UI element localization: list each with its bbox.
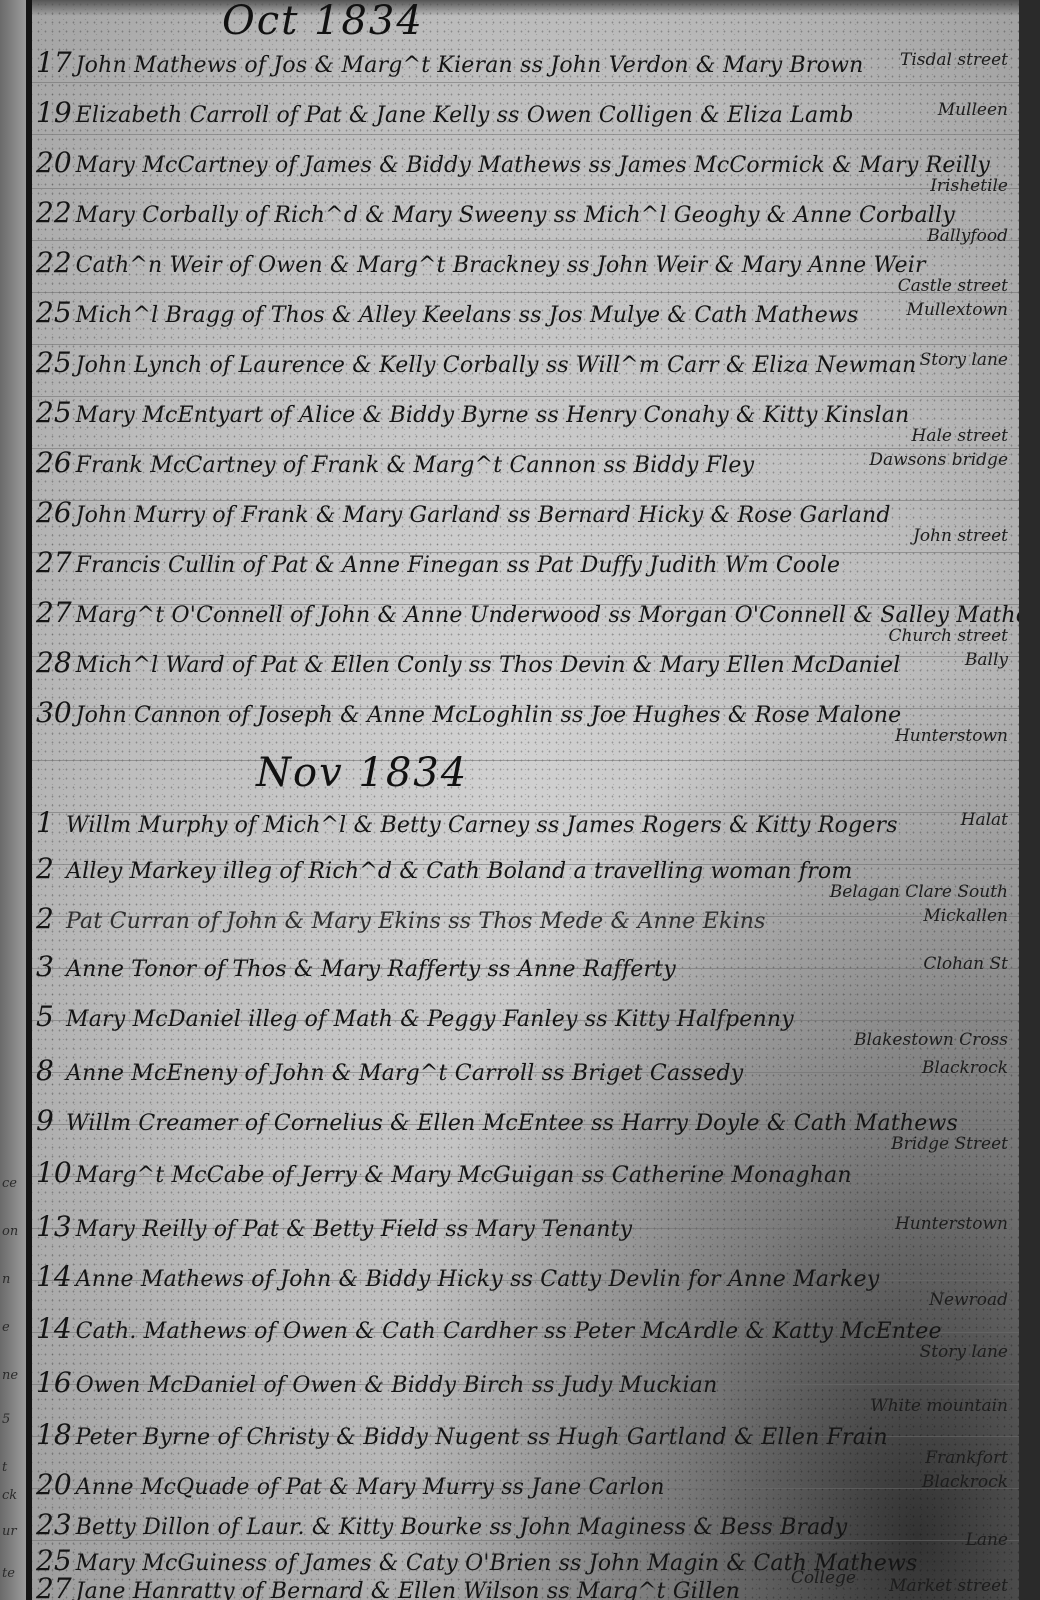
entry-day: 23 bbox=[36, 1508, 72, 1541]
entry-day: 10 bbox=[36, 1156, 72, 1189]
entry-residence: Blackrock bbox=[922, 1472, 1008, 1492]
margin-note: e bbox=[2, 1320, 26, 1335]
entry-day: 18 bbox=[36, 1418, 72, 1451]
register-entry: 1Willm Murphy of Mich^l & Betty Carney s… bbox=[36, 806, 1016, 839]
entry-day: 27 bbox=[36, 596, 72, 629]
page-top-shadow bbox=[0, 0, 1019, 16]
entry-residence: Market street bbox=[889, 1576, 1008, 1596]
entry-text: Frank McCartney of Frank & Marg^t Cannon… bbox=[76, 453, 755, 478]
entry-text: Francis Cullin of Pat & Anne Finegan ss … bbox=[76, 553, 841, 578]
entry-residence: Tisdal street bbox=[900, 50, 1008, 70]
margin-note: ur bbox=[2, 1524, 26, 1539]
entry-residence: Irishetile bbox=[930, 176, 1008, 196]
entry-residence: Castle street bbox=[898, 276, 1008, 296]
margin-note: 5 bbox=[2, 1412, 26, 1427]
entry-residence: Mickallen bbox=[923, 906, 1008, 926]
register-entry: 20Anne McQuade of Pat & Mary Murry ss Ja… bbox=[36, 1468, 1016, 1501]
entry-residence: Blackrock bbox=[922, 1058, 1008, 1078]
entry-day: 26 bbox=[36, 446, 72, 479]
entry-residence: Mulleen bbox=[938, 100, 1008, 120]
register-entry: 22Mary Corbally of Rich^d & Mary Sweeny … bbox=[36, 196, 1016, 229]
entry-text: Jane Hanratty of Bernard & Ellen Wilson … bbox=[76, 1579, 740, 1600]
entry-text: Peter Byrne of Christy & Biddy Nugent ss… bbox=[76, 1425, 888, 1450]
entry-day: 5 bbox=[36, 1000, 62, 1033]
margin-note: ce bbox=[2, 1176, 26, 1191]
entry-residence: Bridge Street bbox=[891, 1134, 1008, 1154]
entry-text: John Lynch of Laurence & Kelly Corbally … bbox=[76, 353, 917, 378]
entry-text: Mary McCartney of James & Biddy Mathews … bbox=[76, 153, 990, 178]
register-entry: 27Francis Cullin of Pat & Anne Finegan s… bbox=[36, 546, 1016, 579]
register-entry: 8Anne McEneny of John & Marg^t Carroll s… bbox=[36, 1054, 1016, 1087]
entry-text: Marg^t O'Connell of John & Anne Underwoo… bbox=[76, 603, 1019, 628]
entry-day: 14 bbox=[36, 1312, 72, 1345]
register-entry: 25John Lynch of Laurence & Kelly Corball… bbox=[36, 346, 1016, 379]
ruled-line bbox=[32, 344, 1019, 345]
entry-day: 27 bbox=[36, 1572, 72, 1600]
margin-note: ne bbox=[2, 1368, 26, 1383]
entry-text: Anne McQuade of Pat & Mary Murry ss Jane… bbox=[76, 1475, 665, 1500]
register-entry: 2Pat Curran of John & Mary Ekins ss Thos… bbox=[36, 902, 1016, 935]
entry-residence: Hunterstown bbox=[895, 726, 1008, 746]
register-entry: 19Elizabeth Carroll of Pat & Jane Kelly … bbox=[36, 96, 1016, 129]
entry-day: 25 bbox=[36, 346, 72, 379]
entry-residence: Mullextown bbox=[907, 300, 1008, 320]
register-entry: 14Cath. Mathews of Owen & Cath Cardher s… bbox=[36, 1312, 1016, 1345]
entry-day: 30 bbox=[36, 696, 72, 729]
entry-residence: Halat bbox=[961, 810, 1008, 830]
entry-residence: White mountain bbox=[870, 1396, 1008, 1416]
ruled-line bbox=[32, 760, 1019, 761]
entry-day: 17 bbox=[36, 46, 72, 79]
entry-text: Willm Creamer of Cornelius & Ellen McEnt… bbox=[66, 1111, 958, 1136]
register-entry: 2Alley Markey illeg of Rich^d & Cath Bol… bbox=[36, 852, 1016, 885]
entry-day: 25 bbox=[36, 296, 72, 329]
entry-day: 19 bbox=[36, 96, 72, 129]
entry-text: Mich^l Ward of Pat & Ellen Conly ss Thos… bbox=[76, 653, 901, 678]
register-entry: 26John Murry of Frank & Mary Garland ss … bbox=[36, 496, 1016, 529]
entry-day: 2 bbox=[36, 852, 62, 885]
entry-day: 8 bbox=[36, 1054, 62, 1087]
entry-day: 16 bbox=[36, 1366, 72, 1399]
entry-text: Cath^n Weir of Owen & Marg^t Brackney ss… bbox=[76, 253, 926, 278]
entry-text: Cath. Mathews of Owen & Cath Cardher ss … bbox=[76, 1319, 942, 1344]
entry-text: Anne Tonor of Thos & Mary Rafferty ss An… bbox=[66, 957, 676, 982]
register-entry: 5Mary McDaniel illeg of Math & Peggy Fan… bbox=[36, 1000, 1016, 1033]
entry-text: Anne McEneny of John & Marg^t Carroll ss… bbox=[66, 1061, 743, 1086]
entry-residence: Frankfort bbox=[925, 1448, 1008, 1468]
register-entry: 10Marg^t McCabe of Jerry & Mary McGuigan… bbox=[36, 1156, 1016, 1189]
entry-residence: Ballyfood bbox=[927, 226, 1008, 246]
entry-day: 25 bbox=[36, 396, 72, 429]
register-entry: 18Peter Byrne of Christy & Biddy Nugent … bbox=[36, 1418, 1016, 1451]
entry-text: John Mathews of Jos & Marg^t Kieran ss J… bbox=[76, 53, 864, 78]
register-entry: 17John Mathews of Jos & Marg^t Kieran ss… bbox=[36, 46, 1016, 79]
margin-note: on bbox=[2, 1224, 26, 1239]
entry-text: Willm Murphy of Mich^l & Betty Carney ss… bbox=[66, 813, 898, 838]
margin-note: t bbox=[2, 1460, 26, 1475]
entry-text: John Murry of Frank & Mary Garland ss Be… bbox=[76, 503, 891, 528]
entry-day: 13 bbox=[36, 1210, 72, 1243]
entry-residence: Story lane bbox=[920, 350, 1008, 370]
ruled-line bbox=[32, 188, 1019, 189]
entry-residence: Hale street bbox=[912, 426, 1009, 446]
entry-day: 27 bbox=[36, 546, 72, 579]
entry-day: 2 bbox=[36, 902, 62, 935]
entry-text: Pat Curran of John & Mary Ekins ss Thos … bbox=[66, 909, 766, 934]
register-entry: 23Betty Dillon of Laur. & Kitty Bourke s… bbox=[36, 1508, 1016, 1541]
register-entry: 28Mich^l Ward of Pat & Ellen Conly ss Th… bbox=[36, 646, 1016, 679]
entry-text: Mary Corbally of Rich^d & Mary Sweeny ss… bbox=[76, 203, 955, 228]
entry-text: Owen McDaniel of Owen & Biddy Birch ss J… bbox=[76, 1373, 718, 1398]
entry-text: John Cannon of Joseph & Anne McLoghlin s… bbox=[76, 703, 902, 728]
entry-day: 20 bbox=[36, 1468, 72, 1501]
register-entry: 9Willm Creamer of Cornelius & Ellen McEn… bbox=[36, 1104, 1016, 1137]
entry-text: Mich^l Bragg of Thos & Alley Keelans ss … bbox=[76, 303, 859, 328]
register-entry: 3Anne Tonor of Thos & Mary Rafferty ss A… bbox=[36, 950, 1016, 983]
entry-day: 14 bbox=[36, 1260, 72, 1293]
register-entry: 26Frank McCartney of Frank & Marg^t Cann… bbox=[36, 446, 1016, 479]
entry-text: Marg^t McCabe of Jerry & Mary McGuigan s… bbox=[76, 1163, 852, 1188]
entry-residence: Blakestown Cross bbox=[854, 1030, 1008, 1050]
entry-text: Anne Mathews of John & Biddy Hicky ss Ca… bbox=[76, 1267, 880, 1292]
left-margin-facing-page: ce on n e ne 5 t ck ur te bbox=[0, 0, 26, 1600]
register-entry: 20Mary McCartney of James & Biddy Mathew… bbox=[36, 146, 1016, 179]
entry-day: 22 bbox=[36, 246, 72, 279]
margin-note: n bbox=[2, 1272, 26, 1287]
entry-residence: Clohan St bbox=[923, 954, 1008, 974]
entry-residence: Hunterstown bbox=[895, 1214, 1008, 1234]
margin-note: te bbox=[2, 1566, 26, 1581]
entry-text: Mary McDaniel illeg of Math & Peggy Fanl… bbox=[66, 1007, 794, 1032]
register-entry: 25Mich^l Bragg of Thos & Alley Keelans s… bbox=[36, 296, 1016, 329]
entry-day: 20 bbox=[36, 146, 72, 179]
entry-residence: Church street bbox=[888, 626, 1008, 646]
entry-text: Betty Dillon of Laur. & Kitty Bourke ss … bbox=[76, 1515, 848, 1540]
register-entry: 30John Cannon of Joseph & Anne McLoghlin… bbox=[36, 696, 1016, 729]
register-entry: 14Anne Mathews of John & Biddy Hicky ss … bbox=[36, 1260, 1016, 1293]
entry-day: 28 bbox=[36, 646, 72, 679]
margin-note: ck bbox=[2, 1488, 26, 1503]
register-entry: 25Mary McEntyart of Alice & Biddy Byrne … bbox=[36, 396, 1016, 429]
entry-residence: John street bbox=[913, 526, 1008, 546]
entry-residence: Belagan Clare South bbox=[830, 882, 1008, 902]
entry-text: Elizabeth Carroll of Pat & Jane Kelly ss… bbox=[76, 103, 854, 128]
entry-day: 26 bbox=[36, 496, 72, 529]
register-entry: 16Owen McDaniel of Owen & Biddy Birch ss… bbox=[36, 1366, 1016, 1399]
register-entry: 22Cath^n Weir of Owen & Marg^t Brackney … bbox=[36, 246, 1016, 279]
entry-day: 1 bbox=[36, 806, 62, 839]
entry-residence: Bally bbox=[965, 650, 1008, 670]
entry-text: Mary Reilly of Pat & Betty Field ss Mary… bbox=[76, 1217, 633, 1242]
register-entry: 27Marg^t O'Connell of John & Anne Underw… bbox=[36, 596, 1016, 629]
ruled-line bbox=[32, 240, 1019, 241]
month-heading-oct-1834: Oct 1834 bbox=[222, 0, 424, 44]
entry-residence: Dawsons bridge bbox=[869, 450, 1008, 470]
register-entry: 13Mary Reilly of Pat & Betty Field ss Ma… bbox=[36, 1210, 1016, 1243]
month-heading-nov-1834: Nov 1834 bbox=[256, 750, 468, 796]
ruled-line bbox=[32, 292, 1019, 293]
entry-residence: Story lane bbox=[920, 1342, 1008, 1362]
entry-day: 9 bbox=[36, 1104, 62, 1137]
register-entry: 27Jane Hanratty of Bernard & Ellen Wilso… bbox=[36, 1572, 1016, 1600]
register-page: ce on n e ne 5 t ck ur te Oct 1834 17Joh… bbox=[0, 0, 1019, 1600]
entry-day: 3 bbox=[36, 950, 62, 983]
entry-day: 22 bbox=[36, 196, 72, 229]
entry-residence: Newroad bbox=[929, 1290, 1008, 1310]
ruled-line bbox=[32, 82, 1019, 83]
ruled-line bbox=[32, 134, 1019, 135]
entry-text: Mary McEntyart of Alice & Biddy Byrne ss… bbox=[76, 403, 910, 428]
entry-text: Alley Markey illeg of Rich^d & Cath Bola… bbox=[66, 859, 852, 884]
